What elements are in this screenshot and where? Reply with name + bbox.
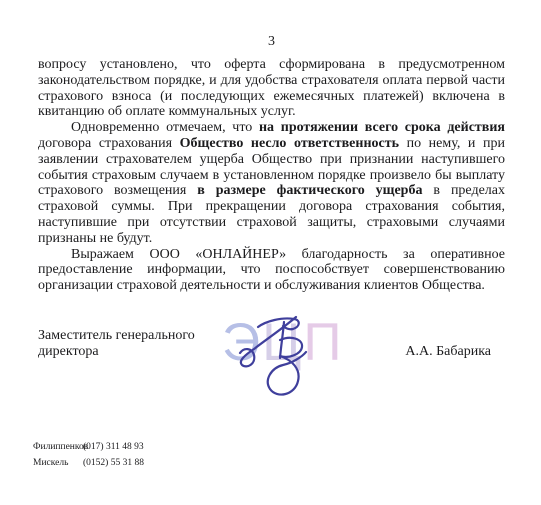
contact-name: Филиппенков	[33, 440, 83, 456]
bold-text-run: в размере фактического ущерба	[197, 183, 422, 198]
contact-row: Филиппенков(017) 311 48 93	[33, 440, 144, 456]
page-number: 3	[38, 34, 505, 50]
text-run: Одновременно отмечаем, что	[71, 120, 259, 135]
contact-name: Мискель	[33, 456, 83, 472]
signer-name: А.А. Бабарика	[405, 344, 491, 360]
contact-footer: Филиппенков(017) 311 48 93Мискель(0152) …	[33, 440, 144, 471]
text-run: вопросу установлено, что оферта сформиро…	[38, 57, 505, 119]
paragraph: вопросу установлено, что оферта сформиро…	[38, 57, 505, 120]
signer-position: Заместитель генерального директора	[38, 328, 234, 360]
document-page: 3 вопросу установлено, что оферта сформи…	[0, 0, 541, 505]
contact-row: Мискель(0152) 55 31 88	[33, 456, 144, 472]
text-run: Выражаем ООО «ОНЛАЙНЕР» благодарность за…	[38, 247, 505, 294]
bold-text-run: на протяжении всего срока действия	[259, 120, 505, 135]
contact-phone: (017) 311 48 93	[83, 440, 144, 456]
text-run: договора страхования	[38, 136, 180, 151]
bold-text-run: Общество несло ответственность	[180, 136, 399, 151]
paragraph: Выражаем ООО «ОНЛАЙНЕР» благодарность за…	[38, 247, 505, 294]
paragraph: Одновременно отмечаем, что на протяжении…	[38, 120, 505, 246]
body-text: вопросу установлено, что оферта сформиро…	[38, 57, 505, 294]
contact-phone: (0152) 55 31 88	[83, 456, 144, 472]
signature-block: Заместитель генерального директора А.А. …	[38, 328, 505, 360]
